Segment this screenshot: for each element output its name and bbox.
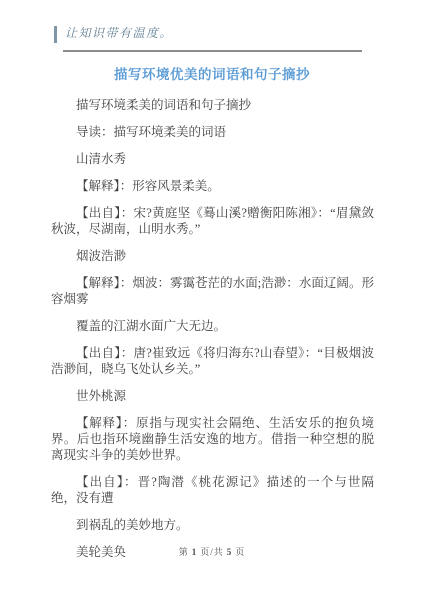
footer-middle: 页/共 [200,547,224,557]
paragraph: 到祸乱的美妙地方。 [51,517,374,533]
header-accent-bar [54,26,57,43]
header-slogan: 让知识带有温度。 [65,24,424,42]
document-body: 描写环境柔美的词语和句子摘抄导读：描写环境柔美的词语山清水秀【解释】：形容风景柔… [51,97,374,560]
paragraph: 山清水秀 [51,151,374,167]
paragraph: 导读：描写环境柔美的词语 [51,124,374,140]
paragraph: 【解释】：烟波：雾霭苍茫的水面;浩渺：水面辽阔。形容烟雾 [51,275,374,307]
paragraph: 【出自】：宋?黄庭坚《蓦山溪?赠衡阳陈湘》：“眉黛敛秋波，尽湖南，山明水秀。” [51,205,374,237]
footer-suffix: 页 [235,547,245,557]
page-header: 让知识带有温度。 [0,0,424,52]
header-divider [63,50,362,52]
paragraph: 世外桃源 [51,388,374,404]
page-title: 描写环境优美的词语和句子摘抄 [0,66,424,84]
paragraph: 【出自】：晋?陶潜《桃花源记》描述的一个与世隔绝，没有遭 [51,474,374,506]
footer-total-pages: 5 [227,547,233,557]
paragraph: 【出自】：唐?崔致远《将归海东?山春望》：“目极烟波浩渺间，晓乌飞处认乡关。” [51,345,374,377]
paragraph: 【解释】：原指与现实社会隔绝、生活安乐的抱负境界。后也指环境幽静生活安逸的地方。… [51,415,374,463]
footer-prefix: 第 [179,547,189,557]
footer-page-number: 1 [192,547,198,557]
paragraph: 【解释】：形容风景柔美。 [51,178,374,194]
document-page: 让知识带有温度。 描写环境优美的词语和句子摘抄 描写环境柔美的词语和句子摘抄导读… [0,0,424,600]
page-footer: 第1页/共5页 [0,545,424,558]
paragraph: 覆盖的江湖水面广大无边。 [51,318,374,334]
paragraph: 描写环境柔美的词语和句子摘抄 [51,97,374,113]
paragraph: 烟波浩渺 [51,248,374,264]
